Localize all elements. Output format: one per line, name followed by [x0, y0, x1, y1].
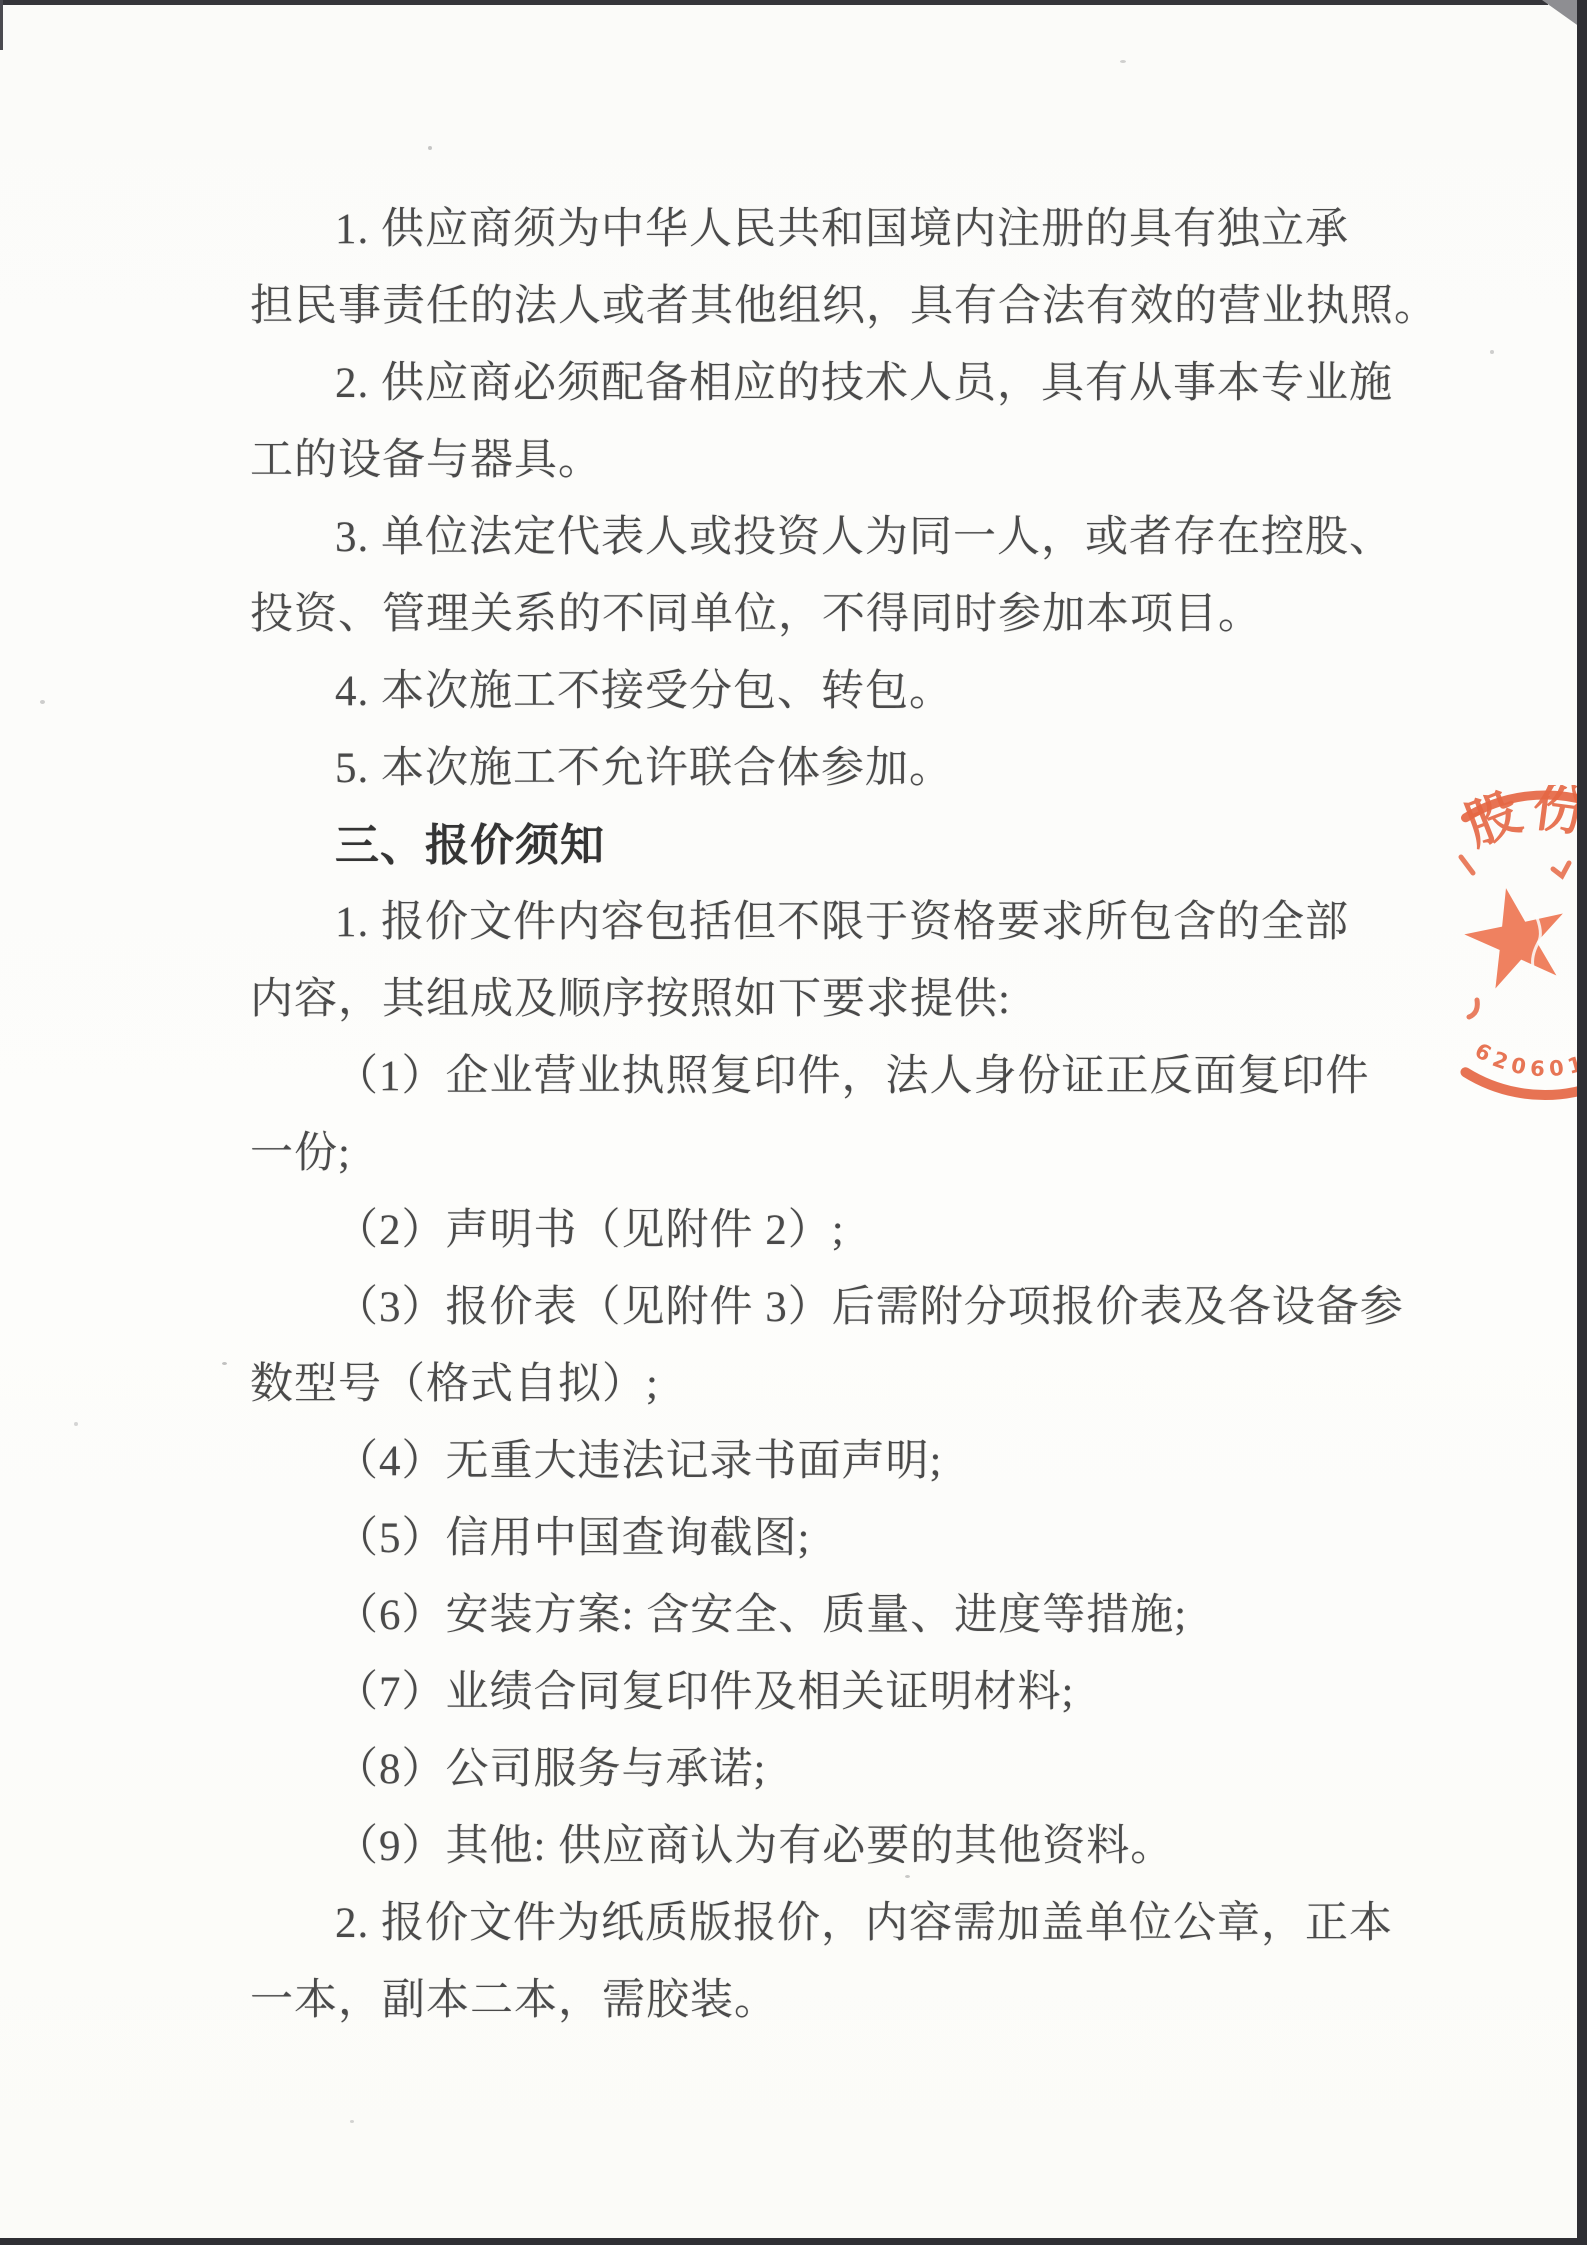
text-line: 数型号（格式自拟）;: [250, 1362, 659, 1408]
scan-speck: [1120, 60, 1126, 63]
scan-speck: [40, 700, 45, 704]
text-line: 内容，其组成及顺序按照如下要求提供:: [250, 977, 1011, 1023]
text-line: （8）公司服务与承诺;: [335, 1747, 766, 1793]
text-line: （4）无重大违法记录书面声明;: [335, 1439, 942, 1485]
text-line: 1. 供应商须为中华人民共和国境内注册的具有独立承: [335, 207, 1349, 253]
text-line: 5. 本次施工不允许联合体参加。: [335, 746, 953, 792]
scan-edge-left-sliver: [0, 0, 3, 50]
seal-serial-number: 6206010: [1471, 1038, 1587, 1081]
text-line: （7）业绩合同复印件及相关证明材料;: [335, 1670, 1074, 1716]
scan-speck: [428, 146, 432, 150]
scan-edge-top: [0, 0, 1548, 5]
scan-edge-right: [1577, 0, 1587, 2245]
text-line: （3）报价表（见附件 3）后需附分项报价表及各设备参: [335, 1285, 1404, 1331]
text-line: 一本，副本二本，需胶装。: [250, 1978, 778, 2024]
text-line: （5）信用中国查询截图;: [335, 1516, 810, 1562]
scanned-document-page: 1. 供应商须为中华人民共和国境内注册的具有独立承担民事责任的法人或者其他组织，…: [0, 0, 1587, 2245]
text-line: 4. 本次施工不接受分包、转包。: [335, 669, 953, 715]
scan-speck: [1490, 350, 1494, 354]
text-line: 2. 供应商必须配备相应的技术人员，具有从事本专业施: [335, 361, 1393, 407]
scan-speck: [222, 1362, 227, 1365]
text-line: （1）企业营业执照复印件，法人身份证正反面复印件: [335, 1054, 1370, 1100]
section-heading: 三、报价须知: [335, 823, 605, 869]
text-line: 3. 单位法定代表人或投资人为同一人，或者存在控股、: [335, 515, 1393, 561]
text-line: 投资、管理关系的不同单位，不得同时参加本项目。: [250, 592, 1262, 638]
text-line: 2. 报价文件为纸质版报价，内容需加盖单位公章，正本: [335, 1901, 1393, 1947]
scan-speck: [350, 2120, 354, 2123]
text-line: 工的设备与器具。: [250, 438, 602, 484]
scan-speck: [905, 1875, 910, 1878]
text-line: 一份;: [250, 1131, 351, 1177]
seal-star-icon: [1457, 878, 1576, 993]
text-line: （9）其他: 供应商认为有必要的其他资料。: [335, 1824, 1174, 1870]
text-line: 担民事责任的法人或者其他组织，具有合法有效的营业执照。: [250, 284, 1438, 330]
scan-speck: [74, 1422, 78, 1426]
company-seal-stamp: 股份有 6206010: [1385, 785, 1587, 1125]
scan-edge-bottom: [0, 2238, 1587, 2245]
text-line: 1. 报价文件内容包括但不限于资格要求所包含的全部: [335, 900, 1349, 946]
text-line: （2）声明书（见附件 2）;: [335, 1208, 845, 1254]
text-line: （6）安装方案: 含安全、质量、进度等措施;: [335, 1593, 1187, 1639]
